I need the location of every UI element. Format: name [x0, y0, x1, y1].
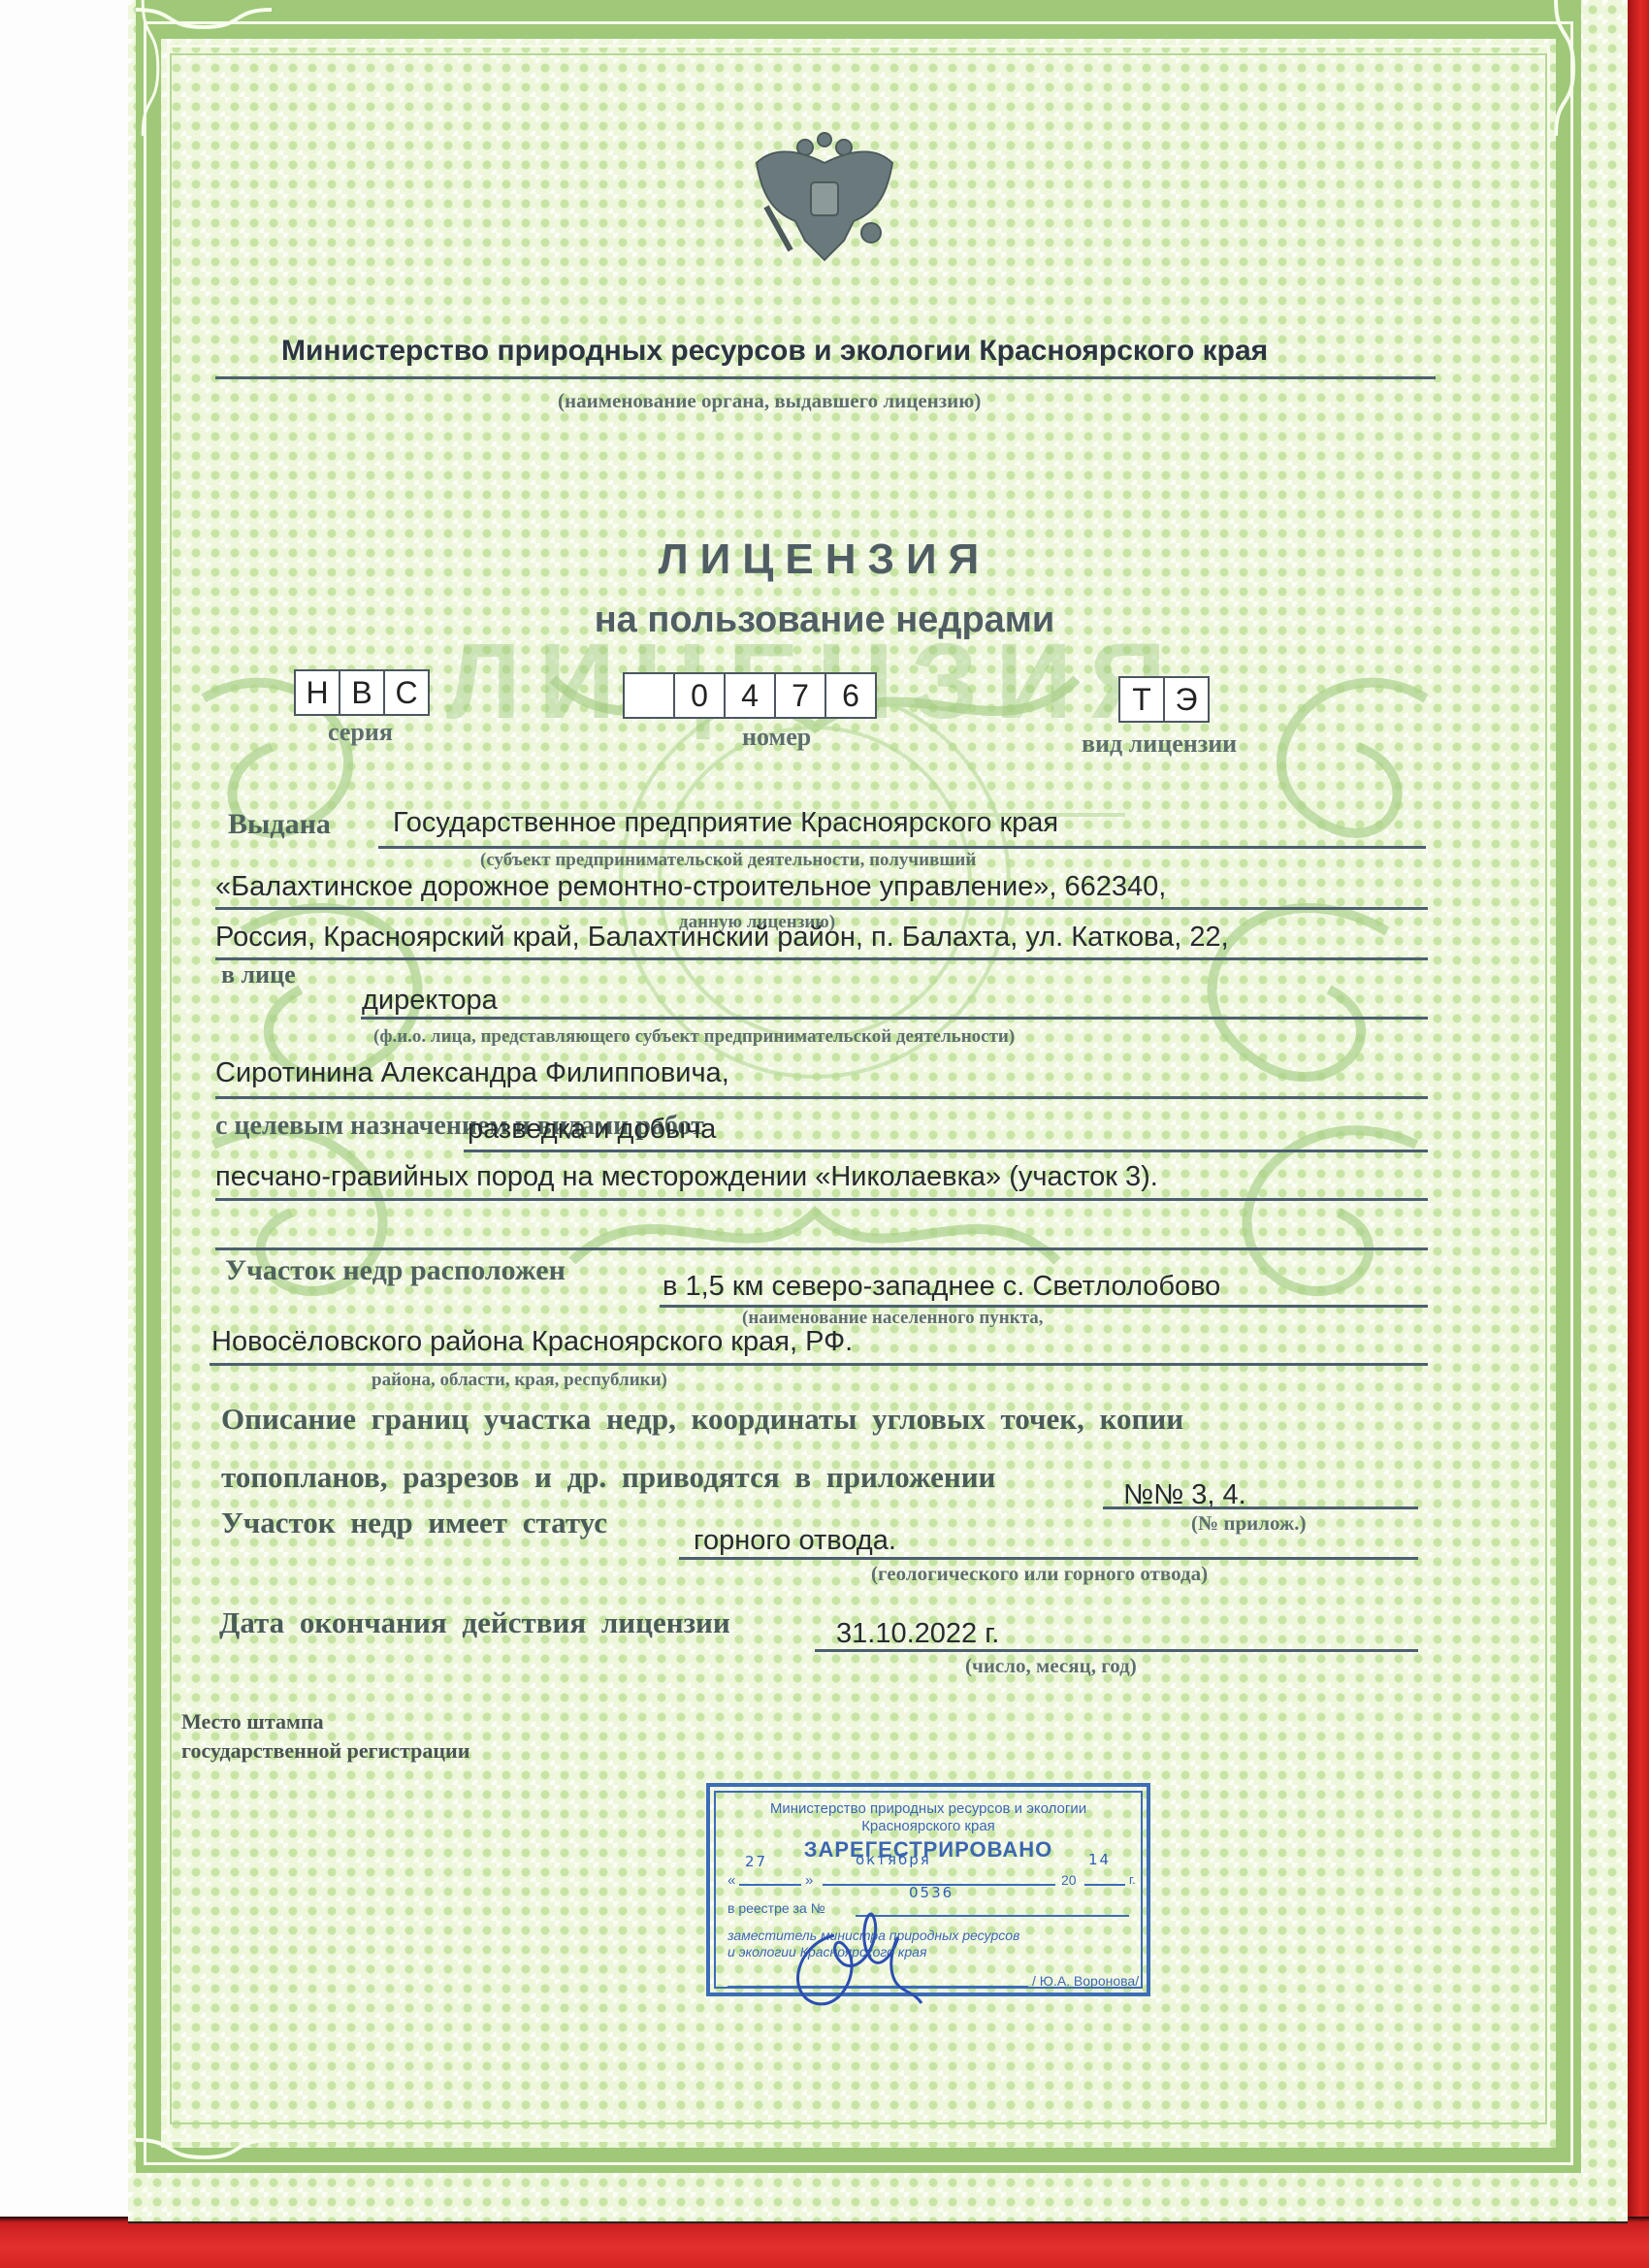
- location-hint-2: района, области, края, республики): [372, 1370, 667, 1391]
- number-char: 7: [776, 674, 826, 717]
- location-line-2: Новосёловского района Красноярского края…: [211, 1326, 853, 1358]
- purpose-line-1: разведка и добыча: [468, 1114, 716, 1146]
- issuing-authority: Министерство природных ресурсов и эколог…: [281, 335, 1268, 368]
- number-char: 6: [826, 674, 875, 717]
- status-hint: (геологического или горного отвода): [871, 1562, 1208, 1586]
- issued-underline-3: [215, 957, 1428, 960]
- stamp-day: 27: [745, 1853, 767, 1870]
- person-position: директора: [362, 985, 498, 1017]
- person-name-underline: [215, 1096, 1428, 1099]
- location-underline-2: [210, 1363, 1428, 1366]
- license-subtitle: на пользование недрами: [0, 599, 1649, 641]
- person-position-underline: [361, 1017, 1428, 1020]
- series-char: С: [385, 671, 428, 714]
- purpose-underline-2: [215, 1198, 1428, 1201]
- stamp-place-label-2: государственной регистрации: [181, 1738, 469, 1764]
- series-char: В: [340, 671, 385, 714]
- stamp-signer-name: / Ю.А. Воронова/: [1032, 1973, 1139, 1989]
- appendix-hint: (№ прилож.): [1191, 1511, 1306, 1536]
- status-underline: [679, 1557, 1418, 1560]
- coat-of-arms-emblem: [747, 114, 902, 275]
- license-number-boxes: 0476: [623, 672, 877, 719]
- issued-to-line-2: «Балахтинское дорожное ремонтно-строител…: [215, 871, 1166, 903]
- appendix-underline: [1103, 1507, 1418, 1509]
- folder-cover-bottom: [0, 2217, 1649, 2268]
- issuer-hint: (наименование органа, выдавшего лицензию…: [558, 389, 981, 413]
- expiry-hint: (число, месяц, год): [965, 1654, 1137, 1678]
- stamp-day-open: «: [727, 1872, 735, 1889]
- issued-underline-1: [378, 846, 1426, 849]
- expiry-underline: [815, 1649, 1418, 1652]
- issued-to-line-3: Россия, Красноярский край, Балахтинский …: [215, 922, 1229, 954]
- stamp-year-prefix: 20: [1061, 1872, 1077, 1888]
- person-name: Сиротинина Александра Филипповича,: [215, 1057, 729, 1089]
- stamp-org-line-2: Красноярского края: [733, 1818, 1123, 1834]
- purpose-line-2: песчано-гравийных пород на месторождении…: [215, 1161, 1158, 1193]
- number-char: [625, 674, 675, 717]
- stamp-year-unit: г.: [1129, 1872, 1136, 1887]
- stamp-place-label-1: Место штампа: [181, 1709, 324, 1734]
- purpose-underline-3: [215, 1247, 1428, 1250]
- type-char: Э: [1165, 678, 1208, 721]
- folder-cover-edge: [1628, 0, 1649, 2268]
- issued-underline-2: [215, 907, 1428, 910]
- purpose-underline-1: [464, 1150, 1428, 1152]
- number-label: номер: [742, 723, 811, 752]
- issued-label: Выдана: [228, 808, 331, 841]
- type-char: Т: [1120, 678, 1165, 721]
- series-char: Н: [296, 671, 340, 714]
- type-label: вид лицензии: [1082, 729, 1237, 759]
- person-hint: (ф.и.о. лица, представляющего субъект пр…: [373, 1026, 1015, 1048]
- stamp-day-close: »: [805, 1872, 813, 1889]
- series-label: серия: [328, 718, 393, 747]
- license-title: ЛИЦЕНЗИЯ: [0, 535, 1649, 584]
- license-type-boxes: ТЭ: [1118, 676, 1210, 723]
- description-line-1: Описание границ участка недр, координаты…: [221, 1402, 1183, 1437]
- expiry-label: Дата окончания действия лицензии: [219, 1605, 730, 1640]
- issued-to-line-1: Государственное предприятие Красноярског…: [393, 807, 1058, 839]
- stamp-year-suffix: 14: [1088, 1851, 1111, 1868]
- status-value: горного отвода.: [694, 1525, 896, 1557]
- number-char: 4: [726, 674, 776, 717]
- description-line-2: топопланов, разрезов и др. приводятся в …: [221, 1460, 995, 1495]
- stamp-month: октября: [856, 1851, 931, 1868]
- stamp-org-line-1: Министерство природных ресурсов и эколог…: [733, 1800, 1123, 1817]
- issued-hint-1: (субъект предпринимательской деятельност…: [480, 850, 976, 871]
- location-line-1: в 1,5 км северо-западнее с. Светлолобово: [663, 1271, 1220, 1303]
- expiry-date: 31.10.2022 г.: [836, 1618, 999, 1650]
- number-char: 0: [675, 674, 726, 717]
- license-series-boxes: НВС: [294, 669, 430, 716]
- stamp-year-underline: [1084, 1884, 1125, 1886]
- status-label: Участок недр имеет статус: [221, 1506, 607, 1540]
- scan-margin: [0, 0, 128, 2217]
- location-label: Участок недр расположен: [225, 1254, 566, 1287]
- handwritten-signature: [776, 1896, 941, 2013]
- person-label: в лице: [221, 960, 296, 989]
- issuer-underline: [215, 376, 1436, 379]
- stamp-day-underline: [739, 1884, 801, 1886]
